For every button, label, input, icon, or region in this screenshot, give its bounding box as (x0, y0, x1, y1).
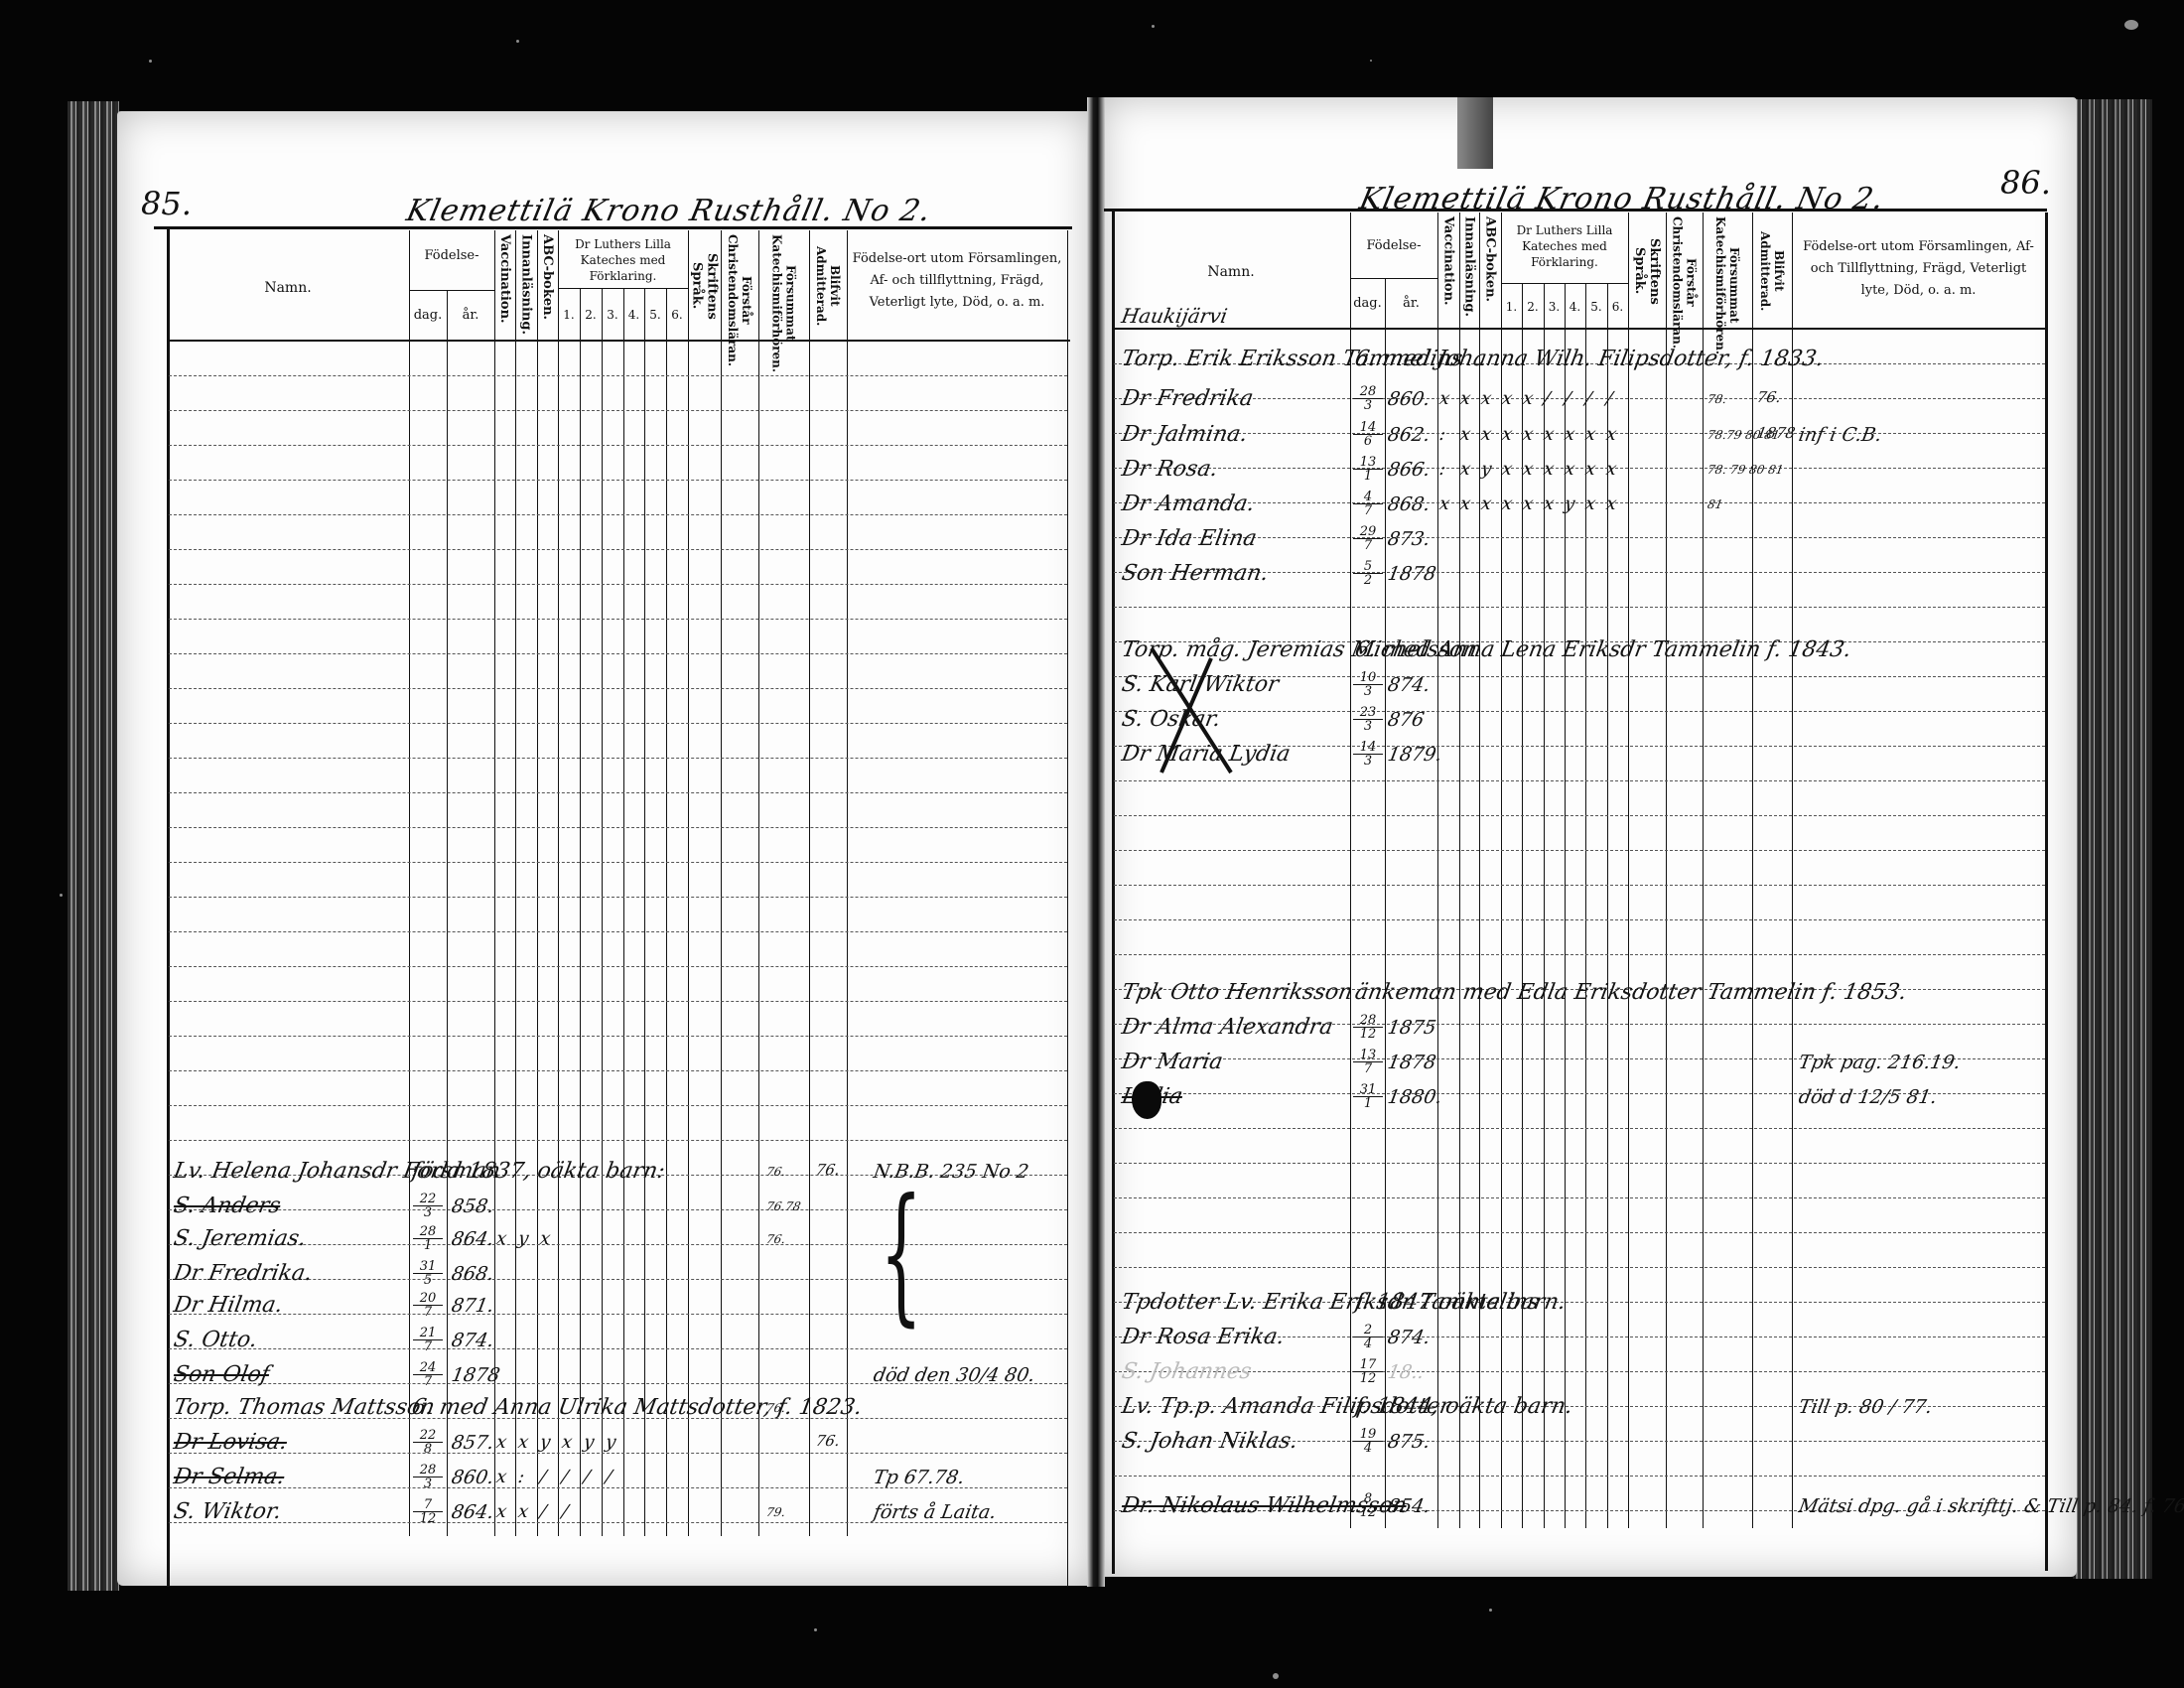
row-rule (169, 514, 1067, 515)
birth-year: 864. (450, 1500, 496, 1524)
row-rule (1114, 468, 2045, 469)
entry-name: Dr Maria (1120, 1051, 1225, 1074)
row-rule (169, 1140, 1067, 1141)
col-header-luther-2-right: 2. (1522, 300, 1544, 315)
birth-day-month: 52 (1353, 560, 1383, 587)
col-header-skriftens: Skriftens Språk. (688, 234, 721, 338)
row-rule (169, 723, 1067, 724)
birth-year: 1879. (1386, 743, 1444, 767)
row-rule (169, 1070, 1067, 1071)
row-rule (169, 1453, 1067, 1454)
row-rule (1114, 1163, 2045, 1164)
entry-text: änkeman med Edla Eriksdotter Tammelin f.… (1353, 981, 1908, 1005)
entry-name: Dr Fredrika (1120, 387, 1255, 411)
row-rule (1114, 885, 2045, 886)
row-rule (1114, 954, 2045, 955)
birth-day-month: 143 (1353, 741, 1383, 768)
col-header-innanlasning: Innanläsning. (515, 234, 537, 338)
admitted-year: 76. (1756, 389, 1783, 405)
birth-day-month: 24 (1353, 1324, 1383, 1350)
forsummat-years: 81 (1706, 498, 1724, 511)
col-header-blifvit: Blifvit Admitterad. (809, 234, 847, 338)
row-rule (1114, 850, 2045, 851)
birth-day-month: 812 (1353, 1492, 1383, 1519)
birth-year: 876 (1386, 708, 1426, 732)
entry-name: Dr Fredrika. (172, 1262, 314, 1286)
remark-note: Mätsi dpg. gå i skrifttj. & Till p. 84. … (1797, 1494, 2184, 1518)
birth-day-month: 103 (1353, 671, 1383, 698)
birth-day-month: 131 (1353, 456, 1383, 483)
entry-name: Dr Lovisa. (172, 1431, 289, 1455)
col-header-remarks-right: Födelse-ort utom Församlingen, Af- och T… (1797, 236, 2040, 302)
col-header-fodelse: Födelse- (409, 248, 494, 263)
row-rule (169, 1314, 1067, 1315)
birth-year: 864. (450, 1227, 496, 1251)
birth-year: 1878 (1386, 1051, 1438, 1074)
birth-day-month: 194 (1353, 1428, 1383, 1455)
col-header-remarks: Födelse-ort utom Församlingen, Af- och t… (852, 248, 1062, 314)
entry-name: S. Johannes (1120, 1360, 1254, 1384)
col-header-blifvit-right: Blifvit Admitterad. (1752, 216, 1792, 326)
birth-day-month: 137 (1353, 1049, 1383, 1075)
birth-day-month: 247 (413, 1361, 443, 1388)
remark-note: Tpk pag. 216.19. (1797, 1051, 1963, 1074)
entry-name: Tpk Otto Henriksson (1120, 981, 1355, 1005)
col-header-namn-right: Namn. (1112, 260, 1350, 284)
col-header-innanlasning-right: Innanläsning. (1459, 216, 1479, 326)
ink-blot (1132, 1081, 1161, 1119)
birth-year: 871. (450, 1294, 496, 1318)
entry-name: S. Johan Niklas. (1120, 1430, 1299, 1454)
col-header-forstar: Förstår Christendomsläran. (721, 234, 758, 338)
entry-name: S. Otto. (172, 1329, 259, 1352)
row-rule (1114, 1371, 2045, 1372)
forsummat-years: 76.78 (765, 1200, 802, 1213)
row-rule (169, 1001, 1067, 1002)
entry-name: Dr Hilma. (172, 1294, 285, 1318)
col-header-forsummat-right: Försummat Katechismiförhören. (1703, 216, 1752, 326)
col-header-luther-5-right: 5. (1585, 300, 1607, 315)
birth-year: 860. (450, 1466, 496, 1489)
entry-name: Son Herman. (1120, 562, 1271, 586)
row-rule (169, 445, 1067, 446)
remark-note: död den 30/4 80. (872, 1363, 1037, 1387)
admitted-year: 1878 (1756, 425, 1797, 441)
birth-year: 18.. (1386, 1360, 1426, 1384)
row-rule (169, 584, 1067, 585)
page-edges-right (2073, 99, 2152, 1579)
forsummat-years: 78. 79 80 81 (1706, 464, 1785, 477)
entry-name: Dr Ida Elina (1120, 527, 1259, 551)
birth-year: 874. (1386, 673, 1433, 697)
birth-day-month: 2812 (1353, 1014, 1383, 1041)
forsummat-years: 76. (765, 1166, 786, 1179)
admitted-year: 76. (815, 1162, 842, 1178)
col-header-forsummat: Försummat Katechismiförhören. (758, 234, 809, 338)
page-edges-left (68, 101, 119, 1591)
birth-year: 854. (1386, 1494, 1433, 1518)
right-page-number: 86. (2000, 164, 2051, 202)
row-rule (1114, 398, 2045, 399)
row-rule (169, 549, 1067, 550)
birth-year: 1878 (450, 1363, 502, 1387)
row-rule (1114, 1476, 2045, 1477)
birth-year: 874. (1386, 1326, 1433, 1349)
row-rule (169, 966, 1067, 967)
entry-text: f. 1844, oäkta barn. (1353, 1395, 1574, 1419)
birth-day-month: 207 (413, 1292, 443, 1319)
tab-marker-right (1457, 97, 1493, 169)
entry-name: Torp. Thomas Mattsson (172, 1396, 437, 1420)
remark-note: Tp 67.78. (872, 1466, 967, 1489)
col-header-luther-1-right: 1. (1501, 300, 1522, 315)
row-rule (169, 410, 1067, 411)
row-rule (1114, 1267, 2045, 1268)
row-rule (169, 897, 1067, 898)
birth-day-month: 223 (413, 1193, 443, 1219)
col-header-luther-3: 3. (602, 308, 623, 323)
row-rule (169, 1348, 1067, 1349)
birth-year: 866. (1386, 458, 1433, 482)
remark-note: död d 12/5 81. (1797, 1085, 1939, 1109)
entry-name: Dr Rosa. (1120, 458, 1220, 482)
row-rule (169, 792, 1067, 793)
col-header-luther-4: 4. (623, 308, 644, 323)
entry-name: S. Anders (172, 1195, 282, 1218)
birth-day-month: 311 (1353, 1083, 1383, 1110)
col-header-dag-right: dag. (1350, 296, 1385, 311)
birth-day-month: 146 (1353, 421, 1383, 448)
birth-day-month: 315 (413, 1260, 443, 1287)
col-header-luther-6: 6. (666, 308, 688, 323)
row-rule (169, 862, 1067, 863)
col-header-abc-right: ABC-boken. (1479, 216, 1501, 326)
birth-year: 860. (1386, 387, 1433, 411)
birth-day-month: 283 (413, 1464, 443, 1490)
birth-day-month: 217 (413, 1327, 443, 1353)
birth-year: 1875 (1386, 1016, 1438, 1040)
birth-day-month: 47 (1353, 491, 1383, 517)
col-header-vaccination: Vaccination. (494, 234, 515, 338)
col-header-luther-6-right: 6. (1607, 300, 1628, 315)
col-header-forstar-right: Förstår Christendomsläran. (1666, 216, 1703, 326)
book-gutter (1087, 97, 1105, 1587)
entry-name: Dr Maria Lydia (1120, 743, 1293, 767)
remark-note: förts å Laita. (872, 1500, 999, 1524)
birth-day-month: 283 (1353, 385, 1383, 412)
row-rule (169, 653, 1067, 654)
birth-day-month: 228 (413, 1429, 443, 1456)
birth-year: 862. (1386, 423, 1433, 447)
row-rule (1114, 1197, 2045, 1198)
entry-text: född 1837, oäkta barn: (410, 1160, 667, 1184)
entry-name: S. Jeremias. (172, 1227, 308, 1251)
col-header-ar-right: år. (1385, 296, 1437, 311)
birth-year: 874. (450, 1329, 496, 1352)
entry-name: Dr Amanda. (1120, 492, 1257, 516)
row-rule (169, 375, 1067, 376)
birth-year: 875. (1386, 1430, 1433, 1454)
row-rule (169, 480, 1067, 481)
col-header-luther-4-right: 4. (1565, 300, 1585, 315)
col-header-skriftens-right: Skriftens Språk. (1628, 216, 1666, 326)
entry-name: Dr Rosa Erika. (1120, 1326, 1287, 1349)
birth-year: 868. (450, 1262, 496, 1286)
col-header-ar: år. (447, 308, 494, 323)
birth-day-month: 1712 (1353, 1358, 1383, 1385)
remark-note: inf i C.B. (1797, 423, 1884, 447)
col-header-vaccination-right: Vaccination. (1437, 216, 1459, 326)
birth-year: 873. (1386, 527, 1433, 551)
forsummat-years: 76. (765, 1402, 786, 1415)
entry-text: f. 1847 oäkta barn. (1353, 1291, 1568, 1315)
left-page-number: 85. (141, 185, 192, 222)
birth-day-month: 297 (1353, 525, 1383, 552)
row-rule (169, 1209, 1067, 1210)
row-rule (169, 1036, 1067, 1037)
birth-year: 1878 (1386, 562, 1438, 586)
row-rule (1114, 607, 2045, 608)
row-rule (1114, 1128, 2045, 1129)
birth-day-month: 233 (1353, 706, 1383, 733)
forsummat-years: 76. (765, 1233, 786, 1246)
col-header-luther-right: Dr Luthers Lilla Kateches med Förklaring… (1501, 222, 1628, 270)
entry-text: 6. med Johanna Wilh. Filipsdotter, f. 18… (1353, 348, 1826, 371)
grouping-brace: { (880, 1180, 922, 1329)
entry-name: S. Oskar. (1120, 708, 1222, 732)
row-rule (169, 827, 1067, 828)
entry-name: Dr Jalmina. (1120, 423, 1250, 447)
admitted-year: 76. (815, 1433, 842, 1449)
forsummat-years: 79. (765, 1506, 786, 1519)
row-rule (1114, 1232, 2045, 1233)
left-running-head: Klemettilä Krono Rusthåll. No 2. (403, 194, 934, 228)
row-rule (169, 1105, 1067, 1106)
birth-day-month: 712 (413, 1498, 443, 1525)
col-header-abc: ABC-boken. (537, 234, 558, 338)
entry-name: Dr Alma Alexandra (1120, 1016, 1335, 1040)
row-rule (1114, 919, 2045, 920)
col-header-namn: Namn. (167, 276, 409, 300)
entry-name: S. Wiktor. (172, 1500, 283, 1524)
col-header-dag: dag. (409, 308, 447, 323)
forsummat-years: 78. (1706, 393, 1727, 406)
col-header-luther-3-right: 3. (1544, 300, 1565, 315)
birth-year: 858. (450, 1195, 496, 1218)
row-rule (1114, 433, 2045, 434)
row-rule (169, 688, 1067, 689)
entry-name: Dr Selma. (172, 1466, 286, 1489)
village-heading: Haukijärvi (1120, 304, 1229, 328)
row-rule (169, 758, 1067, 759)
row-rule (169, 931, 1067, 932)
row-rule (1114, 815, 2045, 816)
entry-text: 6. med Anna Lena Eriksdr Tammelin f. 184… (1353, 638, 1853, 662)
col-header-luther: Dr Luthers Lilla Kateches med Förklaring… (558, 236, 688, 284)
entry-text: 6. med Anna Ulrika Mattsdotter, f. 1823. (410, 1396, 864, 1420)
row-rule (1114, 780, 2045, 781)
birth-year: 1880. (1386, 1085, 1444, 1109)
col-header-fodelse-right: Födelse- (1350, 238, 1437, 253)
col-header-luther-5: 5. (644, 308, 666, 323)
row-rule (169, 619, 1067, 620)
remark-note: Till p. 80 / 77. (1797, 1395, 1934, 1419)
entry-name: Son Olof (172, 1363, 271, 1387)
entry-name: S. Karl Wiktor (1120, 673, 1281, 697)
birth-year: 868. (1386, 492, 1433, 516)
birth-day-month: 281 (413, 1225, 443, 1252)
col-header-luther-2: 2. (580, 308, 602, 323)
birth-year: 857. (450, 1431, 496, 1455)
col-header-luther-1: 1. (558, 308, 580, 323)
